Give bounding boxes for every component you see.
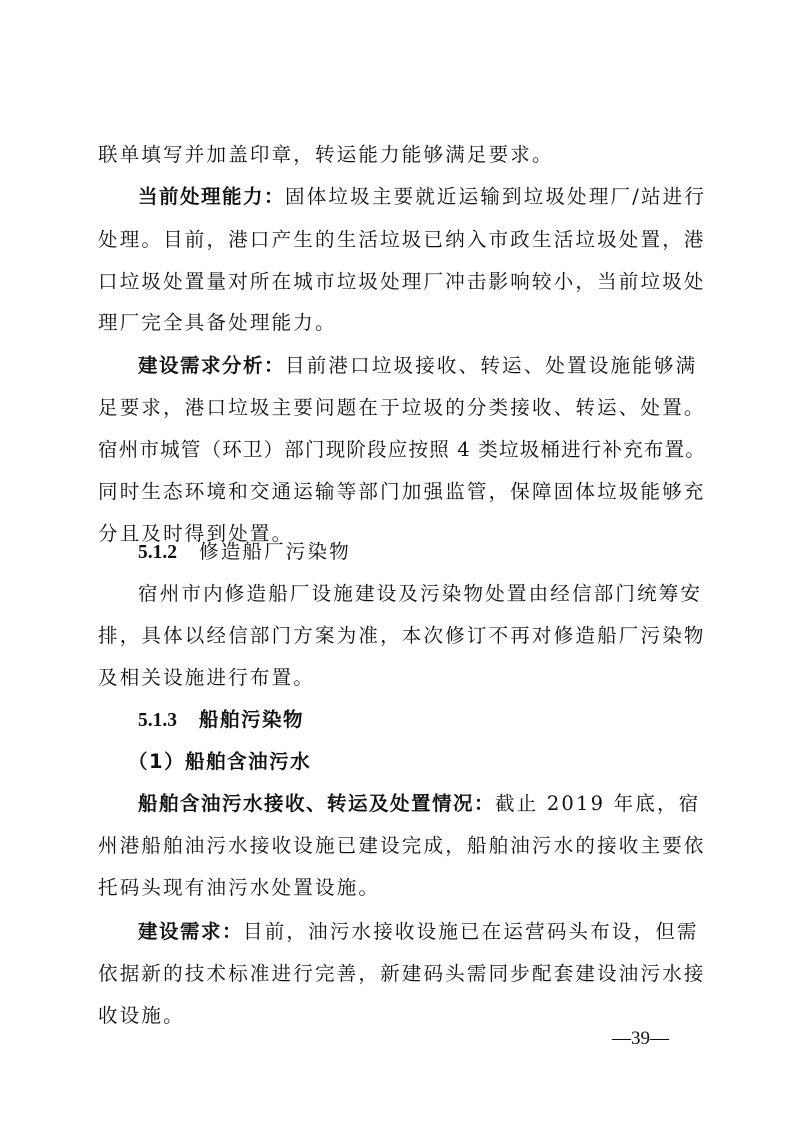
section-heading-5-1-2: 5.1.2修造船厂污染物 [138, 540, 698, 565]
paragraph-line: 口垃圾处置量对所在城市垃圾处理厂冲击影响较小，当前垃圾处 [98, 270, 698, 294]
section-number: 5.1.2 [138, 542, 177, 563]
section-number: 5.1.3 [138, 710, 177, 731]
text: 目前，油污水接收设施已在运营码头布设，但需 [243, 920, 699, 943]
paragraph-line: 收设施。 [98, 1004, 698, 1028]
paragraph-line: 建设需求分析：目前港口垃圾接收、转运、处置设施能够满 [138, 354, 698, 378]
paragraph-line: 船舶含油污水接收、转运及处置情况：截止 2019 年底，宿 [138, 792, 698, 816]
paragraph-line: 排，具体以经信部门方案为准，本次修订不再对修造船厂污染物 [98, 624, 698, 648]
paragraph-line: 托码头现有油污水处置设施。 [98, 876, 698, 900]
paragraph-line: 当前处理能力：固体垃圾主要就近运输到垃圾处理厂/站进行 [138, 185, 698, 209]
subsection-title: （1）船舶含油污水 [128, 750, 311, 773]
paragraph-line: 州港船舶油污水接收设施已建设完成，船舶油污水的接收主要依 [98, 834, 698, 858]
text: 固体垃圾主要就近运输到垃圾处理厂/站进行 [285, 185, 706, 208]
paragraph-line: 及相关设施进行布置。 [98, 666, 698, 690]
text: 截止 2019 年底，宿 [495, 792, 700, 815]
bold-lead: 船舶含油污水接收、转运及处置情况： [138, 792, 495, 815]
paragraph-line: 依据新的技术标准进行完善，新建码头需同步配套建设油污水接 [98, 962, 698, 986]
paragraph-line: 建设需求：目前，油污水接收设施已在运营码头布设，但需 [138, 920, 698, 944]
page-number: —39— [612, 1028, 669, 1050]
paragraph-line: 宿州市城管（环卫）部门现阶段应按照 4 类垃圾桶进行补充布置。 [98, 438, 698, 462]
paragraph-line: 宿州市内修造船厂设施建设及污染物处置由经信部门统筹安 [138, 582, 698, 606]
section-title: 船舶污染物 [199, 708, 304, 731]
paragraph-line: 处理。目前，港口产生的生活垃圾已纳入市政生活垃圾处置，港 [98, 228, 698, 252]
bold-lead: 建设需求： [138, 920, 243, 943]
paragraph-line: 联单填写并加盖印章，转运能力能够满足要求。 [98, 143, 698, 167]
bold-lead: 当前处理能力： [138, 185, 285, 208]
paragraph-line: 足要求，港口垃圾主要问题在于垃圾的分类接收、转运、处置。 [98, 396, 698, 420]
paragraph-line: 同时生态环境和交通运输等部门加强监管，保障固体垃圾能够充 [98, 480, 698, 504]
paragraph-line: 理厂完全具备处理能力。 [98, 311, 698, 335]
subsection-heading: （1）船舶含油污水 [128, 750, 688, 774]
bold-lead: 建设需求分析： [138, 354, 285, 377]
document-page: 联单填写并加盖印章，转运能力能够满足要求。 当前处理能力：固体垃圾主要就近运输到… [0, 0, 793, 1122]
text: 目前港口垃圾接收、转运、处置设施能够满 [285, 354, 697, 377]
section-heading-5-1-3: 5.1.3船舶污染物 [138, 708, 698, 733]
section-title: 修造船厂污染物 [199, 540, 351, 563]
